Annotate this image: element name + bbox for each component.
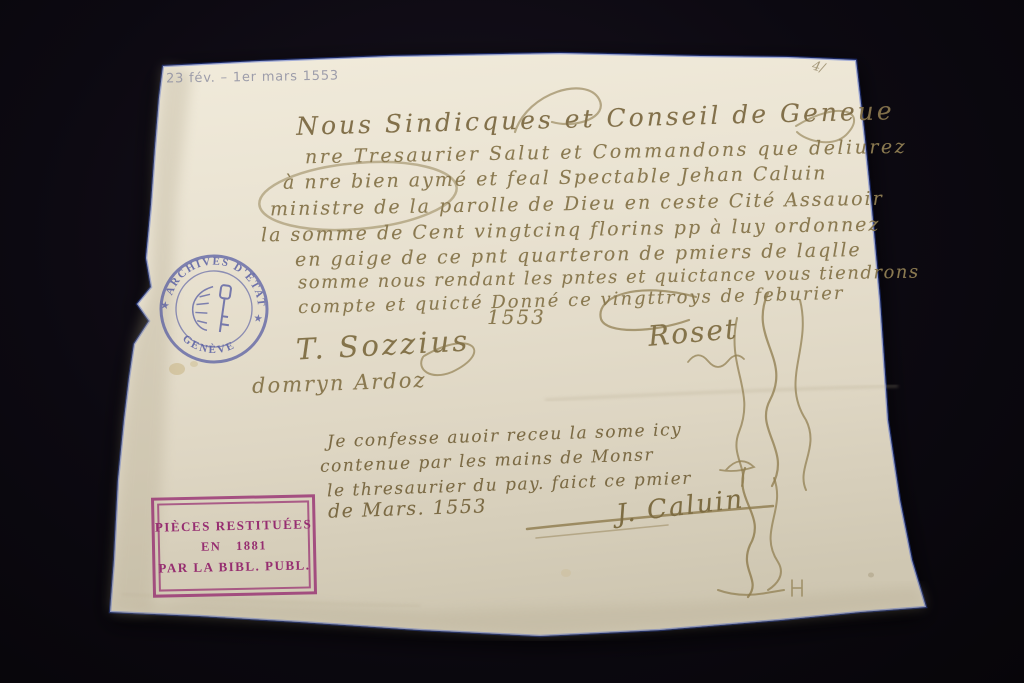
receipt-date: de Mars. 1553 [328,495,488,523]
stain [868,573,874,578]
star-icon: ★ [160,300,170,311]
key-icon [215,285,234,333]
bottom-paraph [768,478,781,590]
photograph-of-manuscript: 23 fév. – 1er mars 1553 4/ Nous Sindicqu… [0,0,1024,683]
restitution-stamp: PIÈCES RESTITUÉES EN 1881 PAR LA BIBL. P… [151,494,317,597]
stain [561,569,571,577]
archive-stamp: ARCHIVES D'ÉTAT GENÈVE ★ ★ [144,239,284,379]
secretary-signature: Roset [647,312,740,353]
mandate-line: Nous Sindicques et Conseil de Geneue [296,96,895,141]
bottom-paraph-tail [718,590,784,595]
folio-mark: 4/ [810,59,826,77]
bottom-paraph [742,468,754,597]
restitution-line3: PAR LA BIBL. PUBL. [158,557,310,576]
clerk-signature-title: domryn Ardoz [252,368,427,398]
calvin-underline [536,525,668,538]
bottom-paraph-curl [720,461,754,471]
mandate-date: 1553 [487,305,546,329]
roset-paraph [763,293,778,486]
calvin-signature: J. Caluin [615,484,746,529]
eagle-icon [190,284,213,330]
restitution-line2: EN 1881 [201,538,267,554]
star-icon: ★ [253,313,263,324]
crease-line [545,386,898,400]
bottom-paraph-mark [792,580,802,596]
roset-zigzag [688,355,744,367]
pencil-note: 23 fév. – 1er mars 1553 [166,68,339,86]
restitution-stamp-inner-border: PIÈCES RESTITUÉES EN 1881 PAR LA BIBL. P… [157,500,311,591]
clerk-signature: T. Sozzius [295,323,471,366]
roset-paraph [796,300,811,490]
restitution-line1: PIÈCES RESTITUÉES [155,516,313,535]
